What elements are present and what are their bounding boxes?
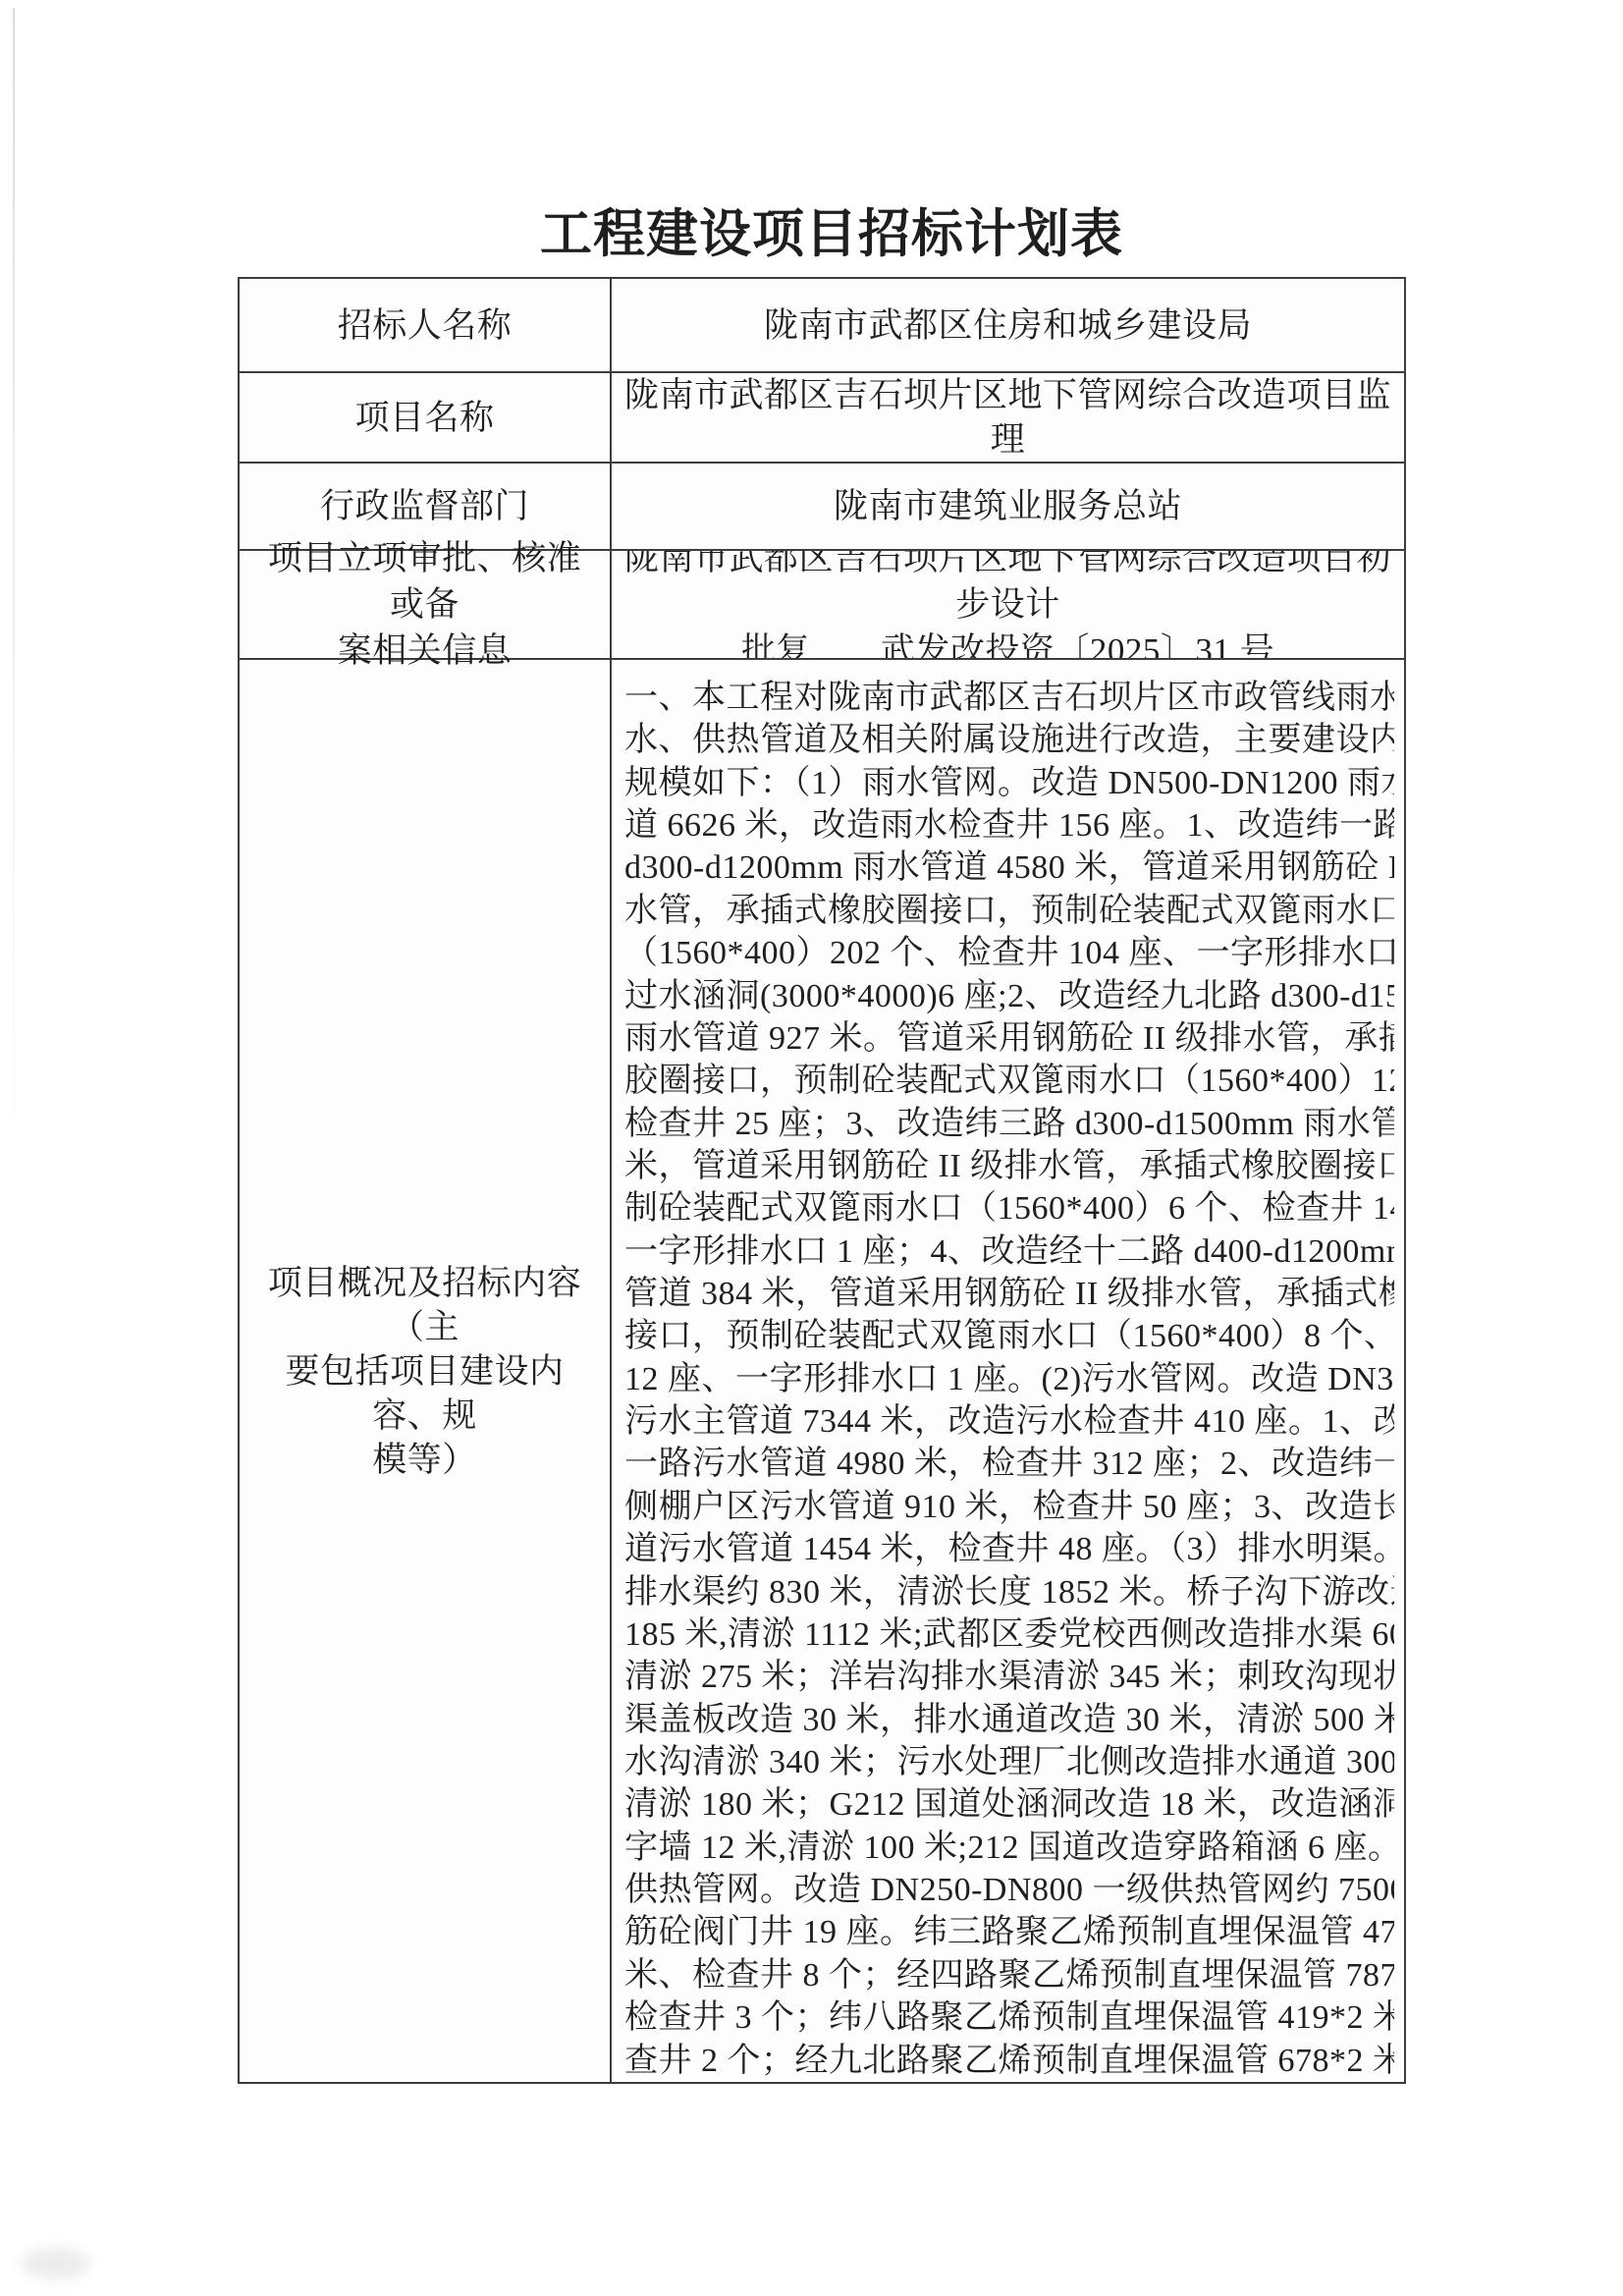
scan-smudge-artifact bbox=[22, 2247, 90, 2280]
text-line: 米、检查井 8 个；经四路聚乙烯预制直埋保温管 787*2 米、 bbox=[624, 1954, 1394, 1996]
project-overview-label: 项目概况及招标内容（主要包括项目建设内容、规模等） bbox=[240, 660, 612, 2082]
text-line: d300-d1200mm 雨水管道 4580 米，管道采用钢筋砼 II 级排 bbox=[624, 847, 1394, 889]
text-line: 检查井 25 座；3、改造纬三路 d300-d1500mm 雨水管道 735 bbox=[624, 1103, 1394, 1145]
text-line: 检查井 3 个；纬八路聚乙烯预制直埋保温管 419*2 米、检 bbox=[624, 1996, 1394, 2039]
text-line: 水沟清淤 340 米；污水处理厂北侧改造排水通道 300 米， bbox=[624, 1741, 1394, 1783]
table-row-project-name: 项目名称 陇南市武都区吉石坝片区地下管网综合改造项目监理 bbox=[240, 373, 1404, 464]
text-line: 渠盖板改造 30 米，排水通道改造 30 米，清淤 500 米；消 bbox=[624, 1699, 1394, 1741]
text-line: 筋砼阀门井 19 座。纬三路聚乙烯预制直埋保温管 4727*2 bbox=[624, 1911, 1394, 1953]
text-line: 米，管道采用钢筋砼 II 级排水管，承插式橡胶圈接口，预 bbox=[624, 1145, 1394, 1187]
text-line: 胶圈接口，预制砼装配式双篦雨水口（1560*400）12 个、 bbox=[624, 1060, 1394, 1102]
text-line: 道 6626 米，改造雨水检查井 156 座。1、改造纬一路 bbox=[624, 804, 1394, 847]
text-line: 水管，承插式橡胶圈接口，预制砼装配式双篦雨水口 bbox=[624, 890, 1394, 932]
text-line: 要包括项目建设内容、规 bbox=[253, 1349, 596, 1438]
text-line: 排水渠约 830 米，清淤长度 1852 米。桥子沟下游改造排水 bbox=[624, 1571, 1394, 1613]
text-line: 批复 武发改投资〔2025〕31 号 bbox=[741, 628, 1274, 658]
scan-edge-artifact bbox=[13, 8, 15, 1196]
text-line: 道污水管道 1454 米，检查井 48 座。（3）排水明渠。改造 bbox=[624, 1528, 1394, 1570]
text-line: 项目概况及招标内容（主 bbox=[253, 1261, 596, 1349]
table-row-project-overview: 项目概况及招标内容（主要包括项目建设内容、规模等） 一、本工程对陇南市武都区吉石… bbox=[240, 660, 1404, 2082]
table-row-approval-info: 项目立项审批、核准或备案相关信息 陇南市武都区吉石坝片区地下管网综合改造项目初步… bbox=[240, 551, 1404, 660]
table-row-bidder-name: 招标人名称 陇南市武都区住房和城乡建设局 bbox=[240, 279, 1404, 373]
text-line: 模等） bbox=[372, 1438, 477, 1482]
text-line: 查井 2 个；经九北路聚乙烯预制直埋保温管 678*2 米、检 bbox=[624, 2040, 1394, 2082]
text-line: 一、本工程对陇南市武都区吉石坝片区市政管线雨水、污 bbox=[624, 677, 1394, 719]
approval-info-value: 陇南市武都区吉石坝片区地下管网综合改造项目初步设计批复 武发改投资〔2025〕3… bbox=[612, 551, 1404, 658]
text-line: 规模如下：（1）雨水管网。改造 DN500-DN1200 雨水主管 bbox=[624, 762, 1394, 804]
bidder-name-label: 招标人名称 bbox=[240, 279, 612, 371]
text-line: 侧棚户区污水管道 910 米，检查井 50 座；3、改造长江大 bbox=[624, 1486, 1394, 1528]
text-line: 一路污水管道 4980 米，检查井 312 座；2、改造纬一路南 bbox=[624, 1443, 1394, 1485]
text-line: 12 座、一字形排水口 1 座。(2)污水管网。改造 DN300-DN400 bbox=[624, 1358, 1394, 1400]
text-line: 185 米,清淤 1112 米;武都区委党校西侧改造排水渠 60 米, bbox=[624, 1613, 1394, 1656]
bidding-plan-table: 招标人名称 陇南市武都区住房和城乡建设局 项目名称 陇南市武都区吉石坝片区地下管… bbox=[238, 277, 1406, 2084]
text-line: 供热管网。改造 DN250-DN800 一级供热管网约 7500 米，钢 bbox=[624, 1869, 1394, 1911]
approval-info-label: 项目立项审批、核准或备案相关信息 bbox=[240, 551, 612, 658]
text-line: 字墙 12 米,清淤 100 米;212 国道改造穿路箱涵 6 座。（4） bbox=[624, 1827, 1394, 1869]
text-line: 清淤 275 米；洋岩沟排水渠清淤 345 米；刺玫沟现状排水 bbox=[624, 1656, 1394, 1698]
text-line: 水、供热管道及相关附属设施进行改造，主要建设内容及 bbox=[624, 719, 1394, 761]
page-title: 工程建设项目招标计划表 bbox=[247, 192, 1416, 267]
bidder-name-value: 陇南市武都区住房和城乡建设局 bbox=[612, 279, 1404, 371]
project-overview-value: 一、本工程对陇南市武都区吉石坝片区市政管线雨水、污水、供热管道及相关附属设施进行… bbox=[612, 660, 1404, 2082]
text-line: 过水涵洞(3000*4000)6 座;2、改造经九北路 d300-d1500mm bbox=[624, 975, 1394, 1017]
text-line: 雨水管道 927 米。管道采用钢筋砼 II 级排水管，承插式橡 bbox=[624, 1017, 1394, 1060]
text-line: 清淤 180 米；G212 国道处涵洞改造 18 米，改造涵洞进口八 bbox=[624, 1783, 1394, 1826]
text-line: 项目立项审批、核准或备 bbox=[253, 535, 596, 628]
text-line: 污水主管道 7344 米，改造污水检查井 410 座。1、改造纬 bbox=[624, 1400, 1394, 1443]
supervision-dept-value: 陇南市建筑业服务总站 bbox=[612, 464, 1404, 549]
text-line: （1560*400）202 个、检查井 104 座、一字形排水口 5 座、 bbox=[624, 932, 1394, 974]
project-name-value: 陇南市武都区吉石坝片区地下管网综合改造项目监理 bbox=[612, 373, 1404, 462]
text-line: 制砼装配式双篦雨水口（1560*400）6 个、检查井 14 座、 bbox=[624, 1187, 1394, 1230]
text-line: 管道 384 米，管道采用钢筋砼 II 级排水管，承插式橡胶圈 bbox=[624, 1273, 1394, 1315]
text-line: 一字形排水口 1 座；4、改造经十二路 d400-d1200mm 雨水 bbox=[624, 1230, 1394, 1273]
text-line: 接口，预制砼装配式双篦雨水口（1560*400）8 个、检查井 bbox=[624, 1315, 1394, 1357]
text-line: 陇南市武都区吉石坝片区地下管网综合改造项目初步设计 bbox=[622, 551, 1394, 628]
project-name-label: 项目名称 bbox=[240, 373, 612, 462]
